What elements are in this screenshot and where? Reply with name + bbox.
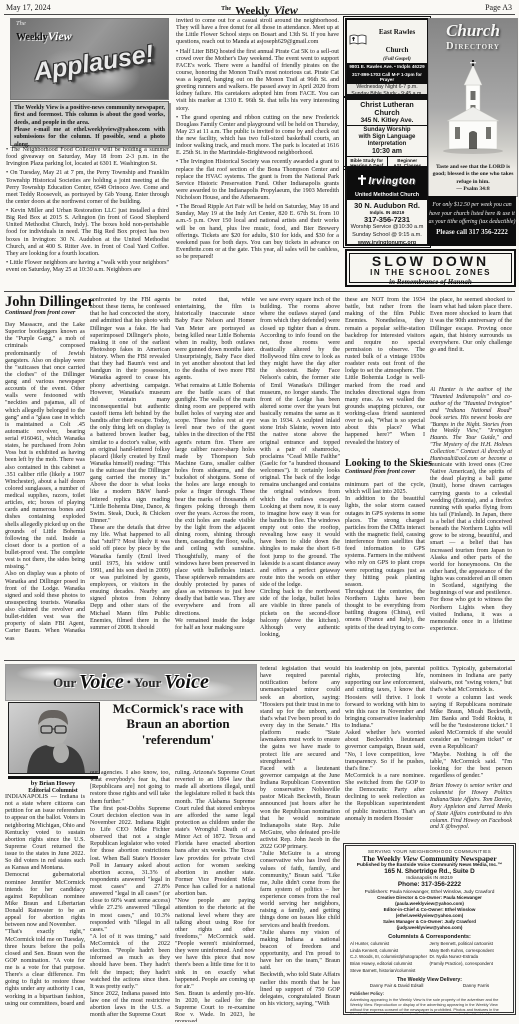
voice-author-bio: Brian Howey is senior writer and columni… — [430, 783, 512, 839]
banner-dot: • — [127, 675, 131, 690]
church-schedule-line: Wednesday Night 6-7 p.m. — [347, 84, 427, 92]
voice-column-3: ruling. Arizona's Supreme Court reverted… — [175, 770, 255, 1022]
verse-text: Taste and see that the LORD is good; ble… — [433, 164, 514, 185]
dillinger-column-6: the place, he seemed shocked to learn wh… — [430, 297, 512, 385]
slow-down-banner: SLOW DOWN IN THE SCHOOL ZONES in Remembr… — [345, 249, 516, 287]
newspaper-page: May 17, 2024 The Weekly View Page A3 The… — [0, 0, 519, 1024]
dillinger-column-2: confronted by the FBI agents about these… — [90, 297, 170, 658]
header-rule — [4, 14, 515, 15]
applause-column-left: • The Neighborhood Food Collective will … — [6, 147, 169, 287]
promo-text: For only $12.50 per week you can have yo… — [428, 201, 516, 227]
cross-icon — [358, 172, 366, 190]
ad-irvington-umc: Irvington United Methodist Church 30 N. … — [345, 168, 429, 246]
applause-item: • The Broad Ripple Art Fair will be held… — [176, 204, 339, 261]
delivery-names: Danny Farris — [463, 983, 489, 988]
masthead-title-pre: The Weekly — [362, 854, 402, 863]
church-phone: 317-899-1703 Call M-F 1-3pm for Prayer — [347, 71, 427, 84]
applause-item: invited to come out for a casual stroll … — [176, 18, 339, 47]
columnists-header: Columnists & Correspondents: — [350, 934, 509, 940]
voice-column-2: our agencies. I also know, too, what eve… — [90, 770, 170, 1022]
applause-item: • The grand opening and ribbon cutting o… — [176, 115, 339, 158]
dillinger-column-3: be noted that, while entertaining, the f… — [175, 297, 255, 658]
directory-verse: Taste and see that the LORD is good; ble… — [432, 164, 514, 194]
directory-title-directory: Directory — [429, 41, 517, 52]
open-book-cross-icon — [349, 33, 367, 51]
article-title-text: John Dillinger — [5, 294, 94, 310]
church-class-cell: Beginner ASL Classes Tues. 7:00 pm — [387, 157, 428, 168]
church-worship-line: Sunday Worship with Sign Language Interp… — [347, 125, 427, 148]
applause-column-middle: invited to come out for a casual stroll … — [176, 18, 339, 287]
voice-column-5: his leadership on jobs, parental rights,… — [345, 666, 425, 839]
voice-column-1: INDIANAPOLIS — Indiana is not a state wh… — [5, 794, 85, 1022]
church-phone: 317-356-7231 — [347, 215, 427, 224]
dillinger-article-title: John Dillinger Continued from front cove… — [5, 295, 94, 316]
dillinger-column-5: these are NOT from the 1934 battle, but … — [345, 297, 425, 457]
columnists-list-left: Al Hunter, columnist Linda Kennett, colu… — [350, 941, 430, 974]
brian-howey-photo — [8, 702, 100, 774]
voice-headline: McCormick's race with Braun an abortion … — [101, 701, 255, 747]
applause-item: • On Tuesday, May 21 at 7 pm, the Perry … — [6, 170, 169, 206]
masthead-publishers: Publishers: Paula Nicewanger, Ethel Wins… — [350, 890, 509, 895]
applause-item: • The Irvington Historical Society was r… — [176, 159, 339, 202]
masthead-address: 165 N. Shortridge Rd., Suite D — [350, 868, 509, 876]
church-address: 30 N. Audubon Rd. — [347, 200, 427, 210]
church-class-cell: Bible Study for Hearing & Deaf Sun. 9:30… — [347, 157, 387, 168]
applause-logo-weekly: Weekly — [16, 32, 48, 43]
masthead-owner-line: Sales Manager & Co-Owner: Judy Crawford … — [350, 919, 509, 931]
verse-reference: — Psalm 34:8 — [456, 186, 489, 192]
section-rule — [4, 291, 515, 292]
voice-column-4: federal legislation that would have requ… — [260, 666, 340, 1022]
applause-graphic: TheWeeklyView Applause! — [10, 18, 169, 100]
publication-masthead-box: SERVING YOUR NEIGHBORHOOD COMMUNITIES Th… — [343, 843, 516, 1015]
church-illustration — [439, 59, 507, 159]
church-name: Irvington — [368, 176, 415, 187]
masthead-owner-line: Creative Director & Co-Owner: Paula Nice… — [350, 895, 509, 907]
church-directory-panel: Church Directory Taste and see that the … — [428, 18, 518, 197]
publisher-policy-text: Advertising appearing in the Weekly View… — [350, 997, 499, 1015]
applause-logo: TheWeeklyView — [16, 21, 72, 44]
skies-column-2: municate with loved ones (Cree Native Am… — [430, 462, 512, 658]
church-subtitle: United Methodist Church — [347, 192, 427, 200]
church-schedule-line: Sunday School @ 9:15 a.m. — [347, 232, 427, 240]
slow-down-line3: in Remembrance of Hannah — [347, 278, 514, 286]
masthead-title: The Weekly View Community Newspaper — [350, 854, 509, 863]
dillinger-column-1: Day Massacre, and the Lake Superior boot… — [5, 322, 85, 658]
banner-word-voice: Voice — [164, 671, 208, 694]
church-website: www.irvingtonumc.org — [347, 240, 427, 246]
applause-logo-the: The — [16, 21, 72, 28]
church-name: East Rawles Church — [379, 28, 415, 54]
church-subtitle: (Full Gospel) — [369, 57, 425, 62]
slow-down-line1: SLOW DOWN — [347, 254, 514, 268]
masthead-the: The — [221, 6, 231, 12]
directory-title-church: Church — [429, 21, 517, 41]
masthead-title-post: Community Newspaper — [418, 854, 497, 863]
church-schedule-line: Worship Service @10:30 a.m — [347, 224, 427, 232]
voice-column-6: politics. Typically, gubernatorial nomin… — [430, 666, 512, 782]
church-address: 9801 E. Rawles Ave. • Indpls 46229 — [347, 63, 427, 71]
banner-word-our: Our — [53, 675, 76, 691]
applause-item: • Half Liter BBQ hosted the first annual… — [176, 49, 339, 113]
church-schedule-line: Sunday Bible Study - 9:45 a.m. — [347, 91, 427, 96]
dillinger-column-4: we saw every square inch of the building… — [260, 297, 340, 658]
church-address: 345 N. Kitley Ave. — [347, 117, 427, 124]
banner-word-voice: Voice — [79, 671, 123, 694]
publisher-policy: Publisher Policy:Advertising appearing i… — [350, 991, 509, 1015]
applause-item: • Kevin Miller and Urban Restoration LLC… — [6, 208, 169, 258]
masthead-phone: Phone: 317-356-2222 — [350, 881, 509, 888]
promo-phone: Please call 317 356-2222 — [428, 227, 516, 238]
skies-column-1: minimum part of the cycle, which will la… — [345, 482, 425, 658]
applause-logo-view: View — [48, 29, 72, 43]
church-name: Christ Lutheran Church — [347, 100, 427, 117]
ad-east-rawles-church: East Rawles Church (Full Gospel) 9801 E.… — [345, 18, 429, 96]
church-listing-promo: For only $12.50 per week you can have yo… — [428, 196, 516, 246]
columnists-list-right: Jerry Bennett, political cartoonist Mary… — [430, 941, 510, 974]
church-worship-time: 10:30 am — [347, 148, 427, 155]
masthead-weekly: Weekly — [235, 5, 270, 17]
page-number: Page A3 — [485, 3, 512, 12]
slow-down-line2: IN THE SCHOOL ZONES — [347, 268, 514, 278]
applause-banner-text: Applause! — [18, 37, 169, 89]
our-voice-your-voice-banner: Our Voice • Your Voice — [5, 664, 257, 701]
masthead-owner-line: Editor-in-Chief & Co-Owner: Ethel Winslo… — [350, 907, 509, 919]
applause-item: • Little Flower neighbors are having a "… — [6, 260, 169, 274]
byline-name: by Brian Howey — [8, 780, 98, 788]
applause-intro-box: The Weekly View is a positive-news commu… — [10, 101, 169, 146]
delivery-names: Danny Fair & David Edsall — [370, 983, 424, 988]
section-rule — [4, 660, 515, 661]
newspaper-masthead: The Weekly View — [0, 1, 519, 19]
applause-item: • The Neighborhood Food Collective will … — [6, 147, 169, 168]
continued-from-front-cover: Continued from front cover — [5, 310, 94, 316]
byline: by Brian HoweyEditorial Columnist — [8, 776, 98, 795]
masthead-title-view: View — [403, 854, 418, 863]
banner-word-your: Your — [134, 675, 161, 691]
ad-christ-lutheran-church: Christ Lutheran Church 345 N. Kitley Ave… — [345, 98, 429, 168]
dillinger-author-bio: Al Hunter is the author of the "Haunted … — [430, 387, 512, 460]
